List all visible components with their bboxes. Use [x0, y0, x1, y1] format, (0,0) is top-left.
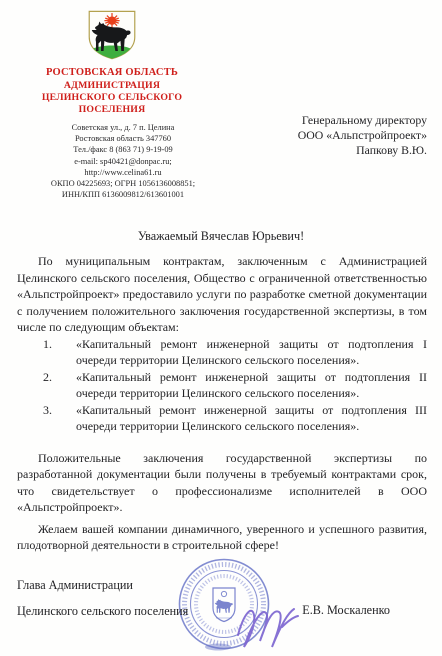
addressee-block: Генеральному директору ООО «Альпстройпро…	[298, 113, 427, 159]
org-header: РОСТОВСКАЯ ОБЛАСТЬ АДМИНИСТРАЦИЯ ЦЕЛИНСК…	[6, 6, 218, 200]
signer-title: Глава Администрации Целинского сельского…	[17, 578, 188, 619]
org-region: РОСТОВСКАЯ ОБЛАСТЬ	[6, 67, 218, 78]
address-line: Тел./факс 8 (863 71) 9-19-09	[17, 144, 229, 155]
handwritten-signature	[233, 585, 303, 653]
signer-title-line1: Глава Администрации	[17, 578, 188, 593]
salutation: Уважаемый Вячеслав Юрьевич!	[0, 229, 442, 244]
address-line: ОКПО 04225693; ОГРН 1056136008851;	[17, 178, 229, 189]
address-line: Советская ул., д. 7 п. Целина	[17, 122, 229, 133]
addressee-line: Генеральному директору	[298, 113, 427, 128]
list-item-text: «Капитальный ремонт инженерной защиты от…	[76, 336, 427, 369]
address-line: e-mail: sp40421@donpac.ru;	[17, 156, 229, 167]
letter-body: По муниципальным контрактам, заключенным…	[17, 253, 427, 554]
list-item-text: «Капитальный ремонт инженерной защиты от…	[76, 369, 427, 402]
addressee-line: Папкову В.Ю.	[298, 143, 427, 158]
address-line: http://www.celina61.ru	[17, 167, 229, 178]
list-item-text: «Капитальный ремонт инженерной защиты от…	[76, 402, 427, 435]
addressee-line: ООО «Альпстройпроект»	[298, 128, 427, 143]
org-name-line3: ПОСЕЛЕНИЯ	[6, 104, 218, 116]
objects-list: 1. «Капитальный ремонт инженерной защиты…	[17, 336, 427, 435]
org-name-line2: ЦЕЛИНСКОГО СЕЛЬСКОГО	[6, 92, 218, 104]
paragraph-3: Желаем вашей компании динамичного, увере…	[17, 521, 427, 554]
paragraph-2: Положительные заключения государственной…	[17, 450, 427, 516]
address-line: ИНН/КПП 6136009812/613601001	[17, 189, 229, 200]
signer-name: Е.В. Москаленко	[302, 603, 390, 618]
list-item: 3. «Капитальный ремонт инженерной защиты…	[17, 402, 427, 435]
address-line: Ростовская область 347760	[17, 133, 229, 144]
list-item-number: 2.	[43, 369, 76, 402]
coat-of-arms-icon	[85, 6, 139, 64]
org-name-line1: АДМИНИСТРАЦИЯ	[6, 80, 218, 92]
list-item-number: 3.	[43, 402, 76, 435]
signer-title-line2: Целинского сельского поселения	[17, 604, 188, 619]
org-address-block: Советская ул., д. 7 п. Целина Ростовская…	[17, 122, 229, 200]
list-item-number: 1.	[43, 336, 76, 369]
paragraph-1: По муниципальным контрактам, заключенным…	[17, 253, 427, 336]
letter-page: РОСТОВСКАЯ ОБЛАСТЬ АДМИНИСТРАЦИЯ ЦЕЛИНСК…	[0, 0, 442, 656]
list-item: 1. «Капитальный ремонт инженерной защиты…	[17, 336, 427, 369]
list-item: 2. «Капитальный ремонт инженерной защиты…	[17, 369, 427, 402]
